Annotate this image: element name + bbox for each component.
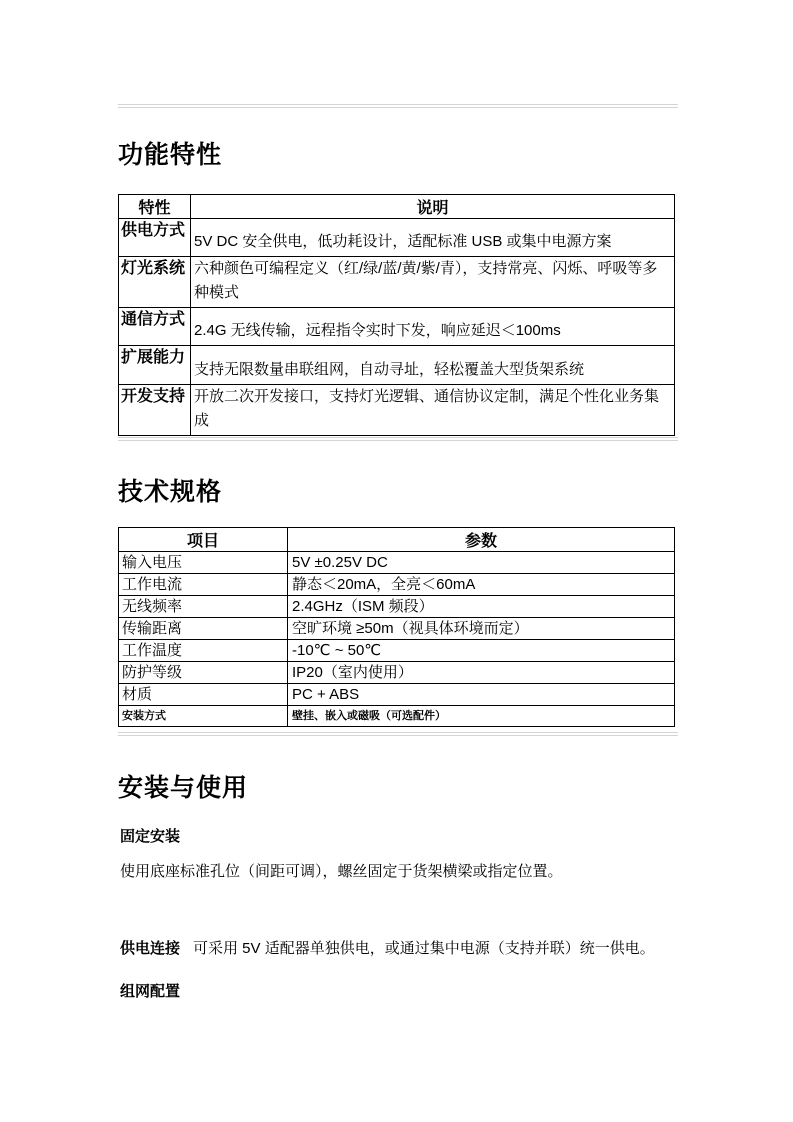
spec-value: 空旷环境 ≥50m（视具体环境而定） — [288, 618, 675, 640]
table-row: 安装方式 壁挂、嵌入或磁吸（可选配件） — [119, 706, 675, 727]
spec-label: 工作电流 — [119, 574, 288, 596]
spec-label: 输入电压 — [119, 552, 288, 574]
feature-value: 支持无限数量串联组网，自动寻址，轻松覆盖大型货架系统 — [191, 346, 675, 385]
feature-label: 开发支持 — [119, 385, 191, 436]
feature-label: 通信方式 — [119, 308, 191, 346]
specs-table-header-row: 项目 参数 — [119, 528, 675, 552]
features-header-feature: 特性 — [119, 195, 191, 219]
table-row: 传输距离 空旷环境 ≥50m（视具体环境而定） — [119, 618, 675, 640]
heading-install: 安装与使用 — [118, 773, 248, 803]
subheading-fixed-mount: 固定安装 — [120, 827, 180, 847]
specs-header-parameter: 参数 — [288, 528, 675, 552]
section-divider — [118, 437, 678, 441]
heading-specs: 技术规格 — [118, 477, 222, 507]
spec-value: -10℃ ~ 50℃ — [288, 640, 675, 662]
document-page: 功能特性 特性 说明 供电方式 5V DC 安全供电，低功耗设计，适配标准 US… — [0, 0, 793, 1122]
table-row: 输入电压 5V ±0.25V DC — [119, 552, 675, 574]
features-table: 特性 说明 供电方式 5V DC 安全供电，低功耗设计，适配标准 USB 或集中… — [118, 194, 675, 436]
section-divider — [118, 732, 678, 736]
spec-value: 静态＜20mA，全亮＜60mA — [288, 574, 675, 596]
table-row: 通信方式 2.4G 无线传输，远程指令实时下发，响应延迟＜100ms — [119, 308, 675, 346]
table-row: 防护等级 IP20（室内使用） — [119, 662, 675, 684]
spec-value: PC + ABS — [288, 684, 675, 706]
features-header-description: 说明 — [191, 195, 675, 219]
feature-label: 扩展能力 — [119, 346, 191, 385]
subheading-network-config: 组网配置 — [120, 982, 180, 1002]
feature-value: 六种颜色可编程定义（红/绿/蓝/黄/紫/青），支持常亮、闪烁、呼吸等多种模式 — [191, 257, 675, 308]
feature-label: 供电方式 — [119, 219, 191, 257]
feature-value: 5V DC 安全供电，低功耗设计，适配标准 USB 或集中电源方案 — [191, 219, 675, 257]
table-row: 工作电流 静态＜20mA，全亮＜60mA — [119, 574, 675, 596]
spec-label: 防护等级 — [119, 662, 288, 684]
table-row: 工作温度 -10℃ ~ 50℃ — [119, 640, 675, 662]
specs-header-item: 项目 — [119, 528, 288, 552]
specs-table: 项目 参数 输入电压 5V ±0.25V DC 工作电流 静态＜20mA，全亮＜… — [118, 527, 675, 727]
spec-label: 传输距离 — [119, 618, 288, 640]
feature-value: 开放二次开发接口，支持灯光逻辑、通信协议定制，满足个性化业务集成 — [191, 385, 675, 436]
spec-label: 安装方式 — [119, 706, 288, 727]
table-row: 开发支持 开放二次开发接口，支持灯光逻辑、通信协议定制，满足个性化业务集成 — [119, 385, 675, 436]
subheading-power-connection: 供电连接 — [120, 940, 180, 957]
table-row: 扩展能力 支持无限数量串联组网，自动寻址，轻松覆盖大型货架系统 — [119, 346, 675, 385]
spec-value: 5V ±0.25V DC — [288, 552, 675, 574]
spec-label: 无线频率 — [119, 596, 288, 618]
spec-value: IP20（室内使用） — [288, 662, 675, 684]
spec-label: 工作温度 — [119, 640, 288, 662]
table-row: 材质 PC + ABS — [119, 684, 675, 706]
table-row: 灯光系统 六种颜色可编程定义（红/绿/蓝/黄/紫/青），支持常亮、闪烁、呼吸等多… — [119, 257, 675, 308]
feature-value: 2.4G 无线传输，远程指令实时下发，响应延迟＜100ms — [191, 308, 675, 346]
spec-value: 2.4GHz（ISM 频段） — [288, 596, 675, 618]
section-divider — [118, 104, 678, 108]
fixed-mount-paragraph: 使用底座标准孔位（间距可调），螺丝固定于货架横梁或指定位置。 — [120, 861, 680, 883]
heading-features: 功能特性 — [118, 140, 222, 170]
spec-label: 材质 — [119, 684, 288, 706]
power-connection-line: 供电连接可采用 5V 适配器单独供电，或通过集中电源（支持并联）统一供电。 — [120, 938, 680, 960]
feature-label: 灯光系统 — [119, 257, 191, 308]
table-row: 供电方式 5V DC 安全供电，低功耗设计，适配标准 USB 或集中电源方案 — [119, 219, 675, 257]
power-connection-text: 可采用 5V 适配器单独供电，或通过集中电源（支持并联）统一供电。 — [193, 940, 655, 957]
table-row: 无线频率 2.4GHz（ISM 频段） — [119, 596, 675, 618]
spec-value: 壁挂、嵌入或磁吸（可选配件） — [288, 706, 675, 727]
features-table-header-row: 特性 说明 — [119, 195, 675, 219]
